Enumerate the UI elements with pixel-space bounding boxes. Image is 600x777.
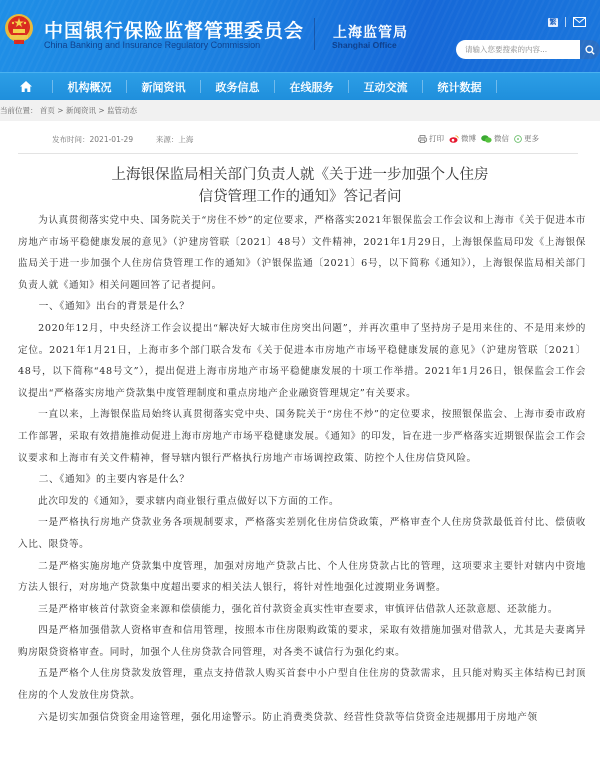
- utility-divider: [565, 17, 566, 27]
- site-header: 中国银行保险监督管理委员会 China Banking and Insuranc…: [0, 0, 600, 72]
- wechat-label: 微信: [494, 133, 509, 144]
- point-lead: 二是: [38, 561, 59, 572]
- nav-item-statistics[interactable]: 统计数据: [423, 73, 496, 101]
- point-lead: 三是: [38, 604, 58, 615]
- source-label: 来源：: [156, 135, 179, 144]
- share-more-button[interactable]: 更多: [514, 133, 539, 144]
- source-value: 上海: [178, 135, 193, 144]
- breadcrumb-separator: >: [55, 106, 66, 115]
- breadcrumb: 当前位置： 首页 > 新闻资讯 > 监管动态: [0, 100, 600, 121]
- more-icon: [514, 135, 522, 143]
- paragraph-background-1: 2020年12月，中央经济工作会议提出“解决好大城市住房突出问题”，并再次重申了…: [18, 318, 586, 404]
- point-lead: 一是: [38, 517, 59, 528]
- nav-item-government-info[interactable]: 政务信息: [201, 73, 274, 101]
- printer-icon: [418, 135, 427, 143]
- nav-item-about[interactable]: 机构概况: [53, 73, 126, 101]
- top-utility-icons: 繁: [548, 15, 586, 29]
- weibo-icon: [449, 135, 459, 143]
- point-text: 严格实施房地产贷款集中度管理，加强对房地产贷款占比、个人住房贷款占比的管理，这项…: [18, 561, 586, 594]
- traditional-chinese-icon[interactable]: 繁: [548, 18, 558, 27]
- site-subtitle: China Banking and Insurance Regulatory C…: [44, 40, 260, 50]
- search-icon: [585, 45, 595, 55]
- share-weibo-button[interactable]: 微博: [449, 133, 476, 144]
- point-text: 严格个人住房贷款发放管理，重点支持借款人购买首套中小户型自住住房的贷款需求，且只…: [18, 668, 586, 701]
- home-icon: [20, 81, 32, 92]
- point-text: 切实加强信贷资金用途管理，强化用途警示。防止消费类贷款、经营性贷款等信贷资金违规…: [59, 712, 538, 723]
- point-text: 严格加强借款人资格审查和信用管理，按照本市住房限购政策的要求，采取有效措施加强对…: [18, 625, 586, 658]
- point-text: 严格审核首付款资金来源和偿债能力，强化首付款资金真实性审查要求，审慎评估借款人还…: [59, 604, 559, 615]
- publish-date: 2021-01-29: [90, 135, 134, 144]
- article-meta: 发布时间：2021-01-29 来源：上海: [52, 134, 193, 145]
- print-button[interactable]: 打印: [418, 133, 444, 144]
- share-bar: 打印 微博 微信 更多: [418, 133, 539, 144]
- search-input[interactable]: 请输入您要搜索的内容...: [456, 40, 580, 59]
- wechat-icon: [481, 135, 492, 143]
- article-title-line-1: 上海银保监局相关部门负责人就《关于进一步加强个人住房: [60, 164, 540, 186]
- nav-item-online-services[interactable]: 在线服务: [275, 73, 348, 101]
- paragraph-background-2: 一直以来，上海银保监局始终认真贯彻落实党中央、国务院关于“房住不炒”的定位要求，…: [18, 404, 586, 469]
- breadcrumb-home[interactable]: 首页: [40, 106, 55, 115]
- section-heading-content: 二、《通知》的主要内容是什么？: [18, 469, 586, 491]
- paragraph-point-3: 三是严格审核首付款资金来源和偿债能力，强化首付款资金真实性审查要求，审慎评估借款…: [18, 599, 586, 621]
- nav-home[interactable]: [0, 73, 52, 101]
- paragraph-point-4: 四是严格加强借款人资格审查和信用管理，按照本市住房限购政策的要求，采取有效措施加…: [18, 620, 586, 663]
- meta-divider: [18, 153, 578, 154]
- mail-icon[interactable]: [573, 17, 586, 27]
- national-emblem-icon: [4, 13, 34, 47]
- publish-label: 发布时间：: [52, 135, 90, 144]
- more-label: 更多: [524, 133, 539, 144]
- article-title-line-2: 信贷管理工作的通知》答记者问: [60, 186, 540, 208]
- breadcrumb-separator: >: [96, 106, 107, 115]
- breadcrumb-prefix: 当前位置：: [0, 106, 38, 115]
- office-title: 上海监管局: [333, 22, 408, 42]
- breadcrumb-news[interactable]: 新闻资讯: [66, 106, 96, 115]
- nav-divider: [496, 80, 497, 93]
- weibo-label: 微博: [461, 133, 476, 144]
- breadcrumb-regulatory-news[interactable]: 监管动态: [107, 106, 137, 115]
- nav-item-interaction[interactable]: 互动交流: [349, 73, 422, 101]
- print-label: 打印: [429, 133, 444, 144]
- search-button[interactable]: [580, 40, 600, 59]
- section-heading-background: 一、《通知》出台的背景是什么？: [18, 296, 586, 318]
- paragraph-point-5: 五是严格个人住房贷款发放管理，重点支持借款人购买首套中小户型自住住房的贷款需求，…: [18, 663, 586, 706]
- article-title: 上海银保监局相关部门负责人就《关于进一步加强个人住房 信贷管理工作的通知》答记者…: [60, 164, 540, 208]
- main-nav: 机构概况 新闻资讯 政务信息 在线服务 互动交流 统计数据: [0, 72, 600, 100]
- share-wechat-button[interactable]: 微信: [481, 133, 509, 144]
- site-title[interactable]: 中国银行保险监督管理委员会: [44, 16, 304, 43]
- point-lead: 五是: [38, 668, 59, 679]
- point-lead: 六是: [38, 712, 58, 723]
- paragraph-point-6: 六是切实加强信贷资金用途管理，强化用途警示。防止消费类贷款、经营性贷款等信贷资金…: [18, 707, 586, 729]
- paragraph-point-2: 二是严格实施房地产贷款集中度管理，加强对房地产贷款占比、个人住房贷款占比的管理，…: [18, 556, 586, 599]
- point-text: 严格执行房地产贷款业务各项规制要求，严格落实差别化住房信贷政策，严格审查个人住房…: [18, 517, 586, 550]
- nav-item-news[interactable]: 新闻资讯: [127, 73, 200, 101]
- paragraph-content-intro: 此次印发的《通知》，要求辖内商业银行重点做好以下方面的工作。: [18, 491, 586, 513]
- paragraph-point-1: 一是严格执行房地产贷款业务各项规制要求，严格落实差别化住房信贷政策，严格审查个人…: [18, 512, 586, 555]
- paragraph-intro: 为认真贯彻落实党中央、国务院关于“房住不炒”的定位要求，严格落实2021年银保监…: [18, 210, 586, 296]
- header-divider: [314, 18, 315, 50]
- article-body: 为认真贯彻落实党中央、国务院关于“房住不炒”的定位要求，严格落实2021年银保监…: [18, 210, 586, 728]
- point-lead: 四是: [38, 625, 59, 636]
- office-subtitle: Shanghai Office: [332, 40, 397, 50]
